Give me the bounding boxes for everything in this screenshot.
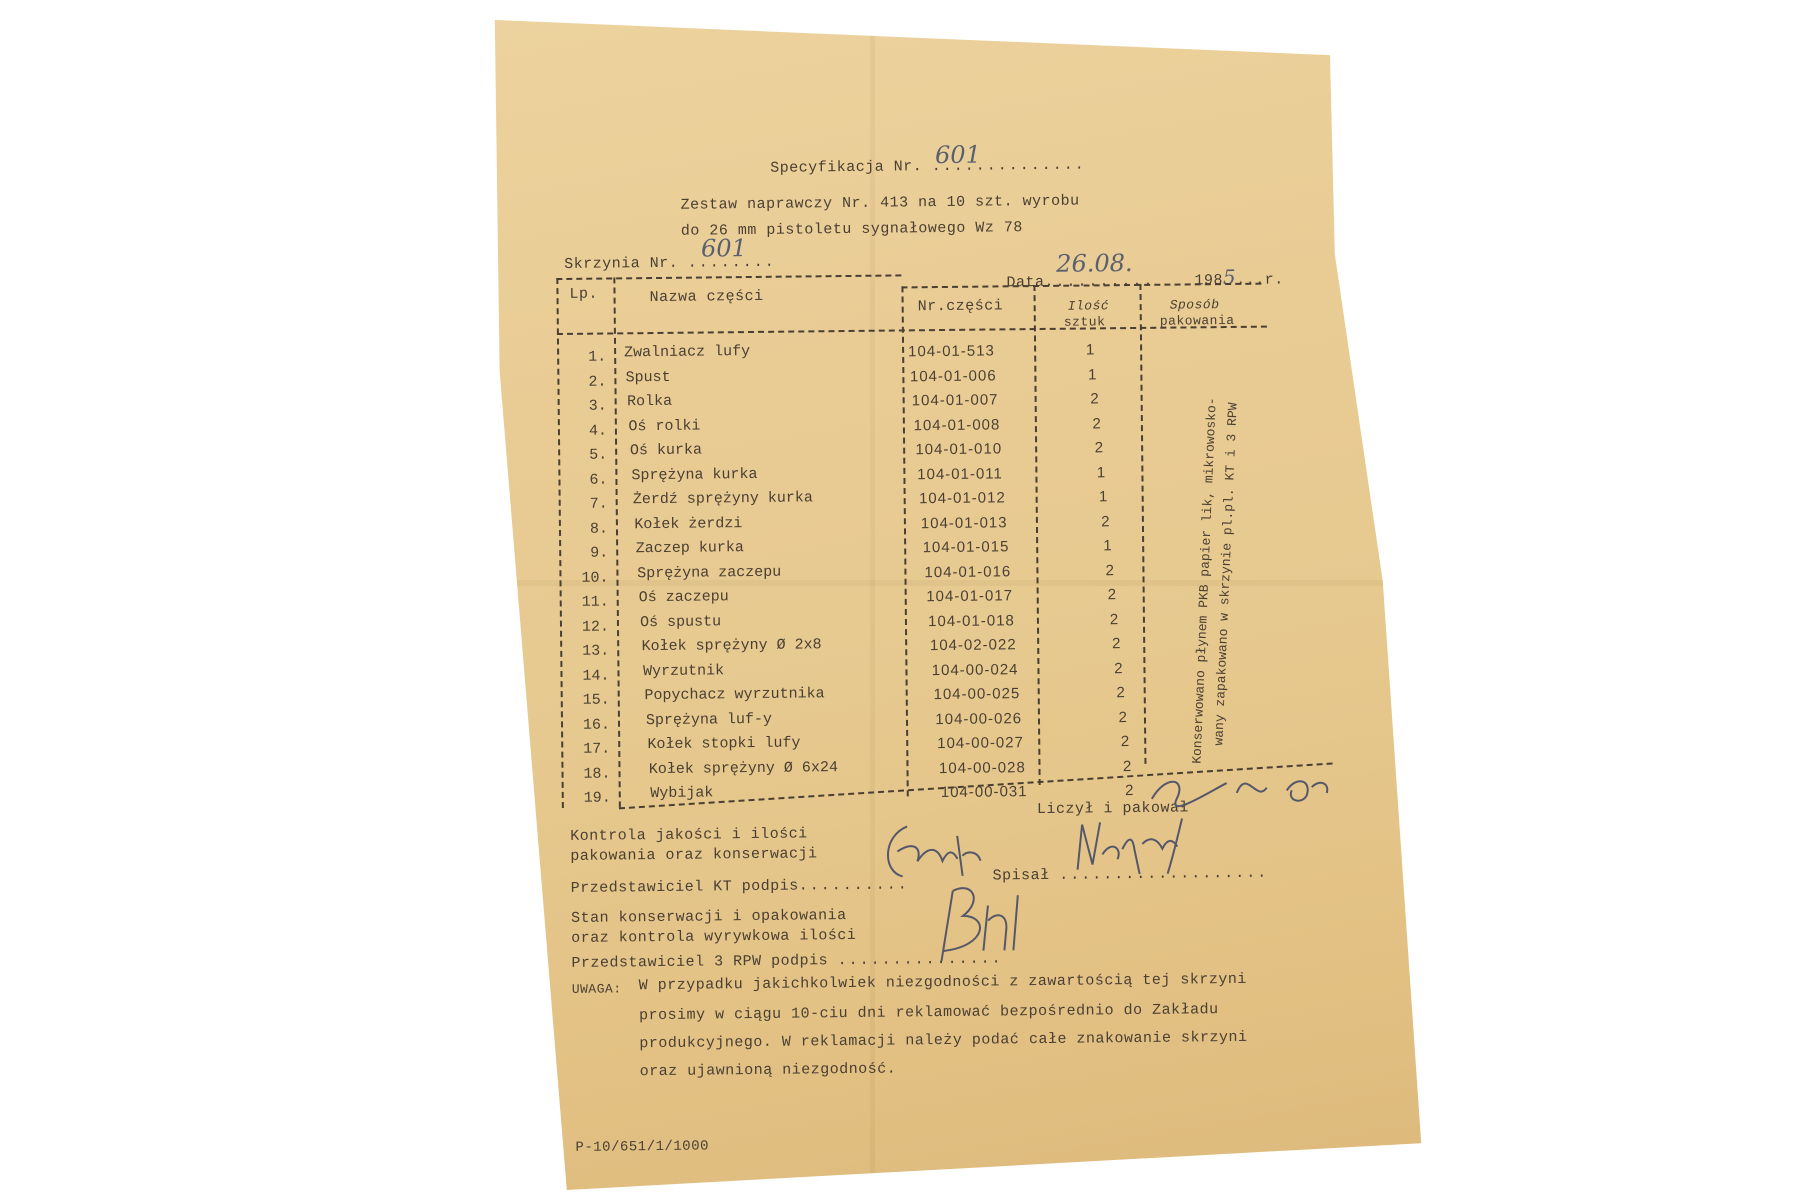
row-part-number: 104-01-013 xyxy=(921,514,1008,532)
header-part-no: Nr.części xyxy=(918,297,1004,315)
row-part-number: 104-01-017 xyxy=(926,587,1013,605)
table-row xyxy=(0,0,1798,6)
header-qty-1: Ilość xyxy=(1068,298,1110,313)
row-part-name: Wyrzutnik xyxy=(643,662,724,680)
quality-control-line-1: Kontrola jakości i ilości xyxy=(570,825,808,844)
row-quantity: 1 xyxy=(1091,464,1111,481)
table-body: 1.Zwalniacz lufy104-01-51312.Spust104-01… xyxy=(0,0,1798,6)
row-quantity: 1 xyxy=(1097,537,1117,554)
spec-title: Specyfikacja Nr. .............. xyxy=(770,156,1086,176)
row-part-number: 104-01-006 xyxy=(910,367,997,385)
row-quantity: 2 xyxy=(1102,586,1122,603)
row-part-number: 104-01-015 xyxy=(923,538,1010,556)
table-row xyxy=(0,0,1798,6)
header-packing-2: pakowania xyxy=(1160,313,1235,329)
row-quantity: 2 xyxy=(1100,562,1120,579)
row-lp: 10. xyxy=(562,569,608,586)
state-control-line-1: Stan konserwacji i opakowania xyxy=(571,907,847,927)
row-lp: 2. xyxy=(560,373,606,390)
row-lp: 8. xyxy=(562,520,608,537)
col-divider-qty xyxy=(1139,284,1146,764)
row-lp: 12. xyxy=(563,618,609,635)
table-row xyxy=(0,0,1798,6)
row-part-name: Kołek stopki lufy xyxy=(647,735,800,754)
row-lp: 11. xyxy=(563,594,609,611)
rpw-representative-label: Przedstawiciel 3 RPW podpis xyxy=(571,952,828,972)
row-part-name: Oś kurka xyxy=(630,442,702,460)
table-row xyxy=(0,0,1798,6)
row-lp: 16. xyxy=(564,716,610,733)
table-row xyxy=(0,0,1798,6)
notice-line-2: prosimy w ciągu 10-ciu dni reklamować be… xyxy=(639,1001,1219,1024)
row-part-name: Sprężyna zaczepu xyxy=(637,563,781,582)
row-lp: 9. xyxy=(562,545,608,562)
table-row xyxy=(0,0,1798,6)
row-part-name: Spust xyxy=(625,368,670,385)
date-value-handwritten: 26.08. xyxy=(1056,249,1133,278)
row-part-name: Oś spustu xyxy=(640,613,721,631)
spec-number-handwritten: 601 xyxy=(935,141,981,169)
row-part-name: Zwalniacz lufy xyxy=(624,343,750,361)
row-lp: 3. xyxy=(561,398,607,415)
row-part-number: 104-01-012 xyxy=(919,489,1006,507)
table-row xyxy=(0,0,1798,6)
row-quantity: 2 xyxy=(1108,660,1128,677)
row-part-number: 104-02-022 xyxy=(930,636,1017,654)
row-part-number: 104-01-007 xyxy=(912,391,999,409)
row-part-name: Wybijak xyxy=(650,784,713,802)
spec-title-label: Specyfikacja Nr. xyxy=(770,158,922,177)
row-part-name: Kołek żerdzi xyxy=(634,515,742,533)
row-quantity: 2 xyxy=(1084,390,1104,407)
row-part-number: 104-00-028 xyxy=(939,759,1026,777)
date-year-digit-handwritten: 5 xyxy=(1223,265,1236,289)
row-quantity: 2 xyxy=(1087,415,1107,432)
row-part-number: 104-01-513 xyxy=(908,342,995,360)
date-label: Data xyxy=(1006,274,1044,291)
notice-line-3: produkcyjnego. W reklamacji należy podać… xyxy=(639,1029,1247,1052)
row-part-number: 104-00-026 xyxy=(935,710,1022,728)
table-row xyxy=(0,0,1798,6)
row-part-name: Oś rolki xyxy=(628,417,700,435)
row-quantity: 2 xyxy=(1113,709,1133,726)
header-packing-1: Sposób xyxy=(1170,297,1220,313)
table-row xyxy=(0,0,1798,6)
row-part-number: 104-01-008 xyxy=(913,416,1000,434)
table-row xyxy=(0,0,1798,6)
row-part-name: Popychacz wyrzutnika xyxy=(644,685,824,704)
form-code: P-10/651/1/1000 xyxy=(575,1138,709,1155)
table-row xyxy=(0,0,1798,6)
table-row xyxy=(0,0,1798,6)
row-part-number: 104-00-024 xyxy=(932,661,1019,679)
table-row xyxy=(0,0,1798,6)
row-lp: 15. xyxy=(564,692,610,709)
row-quantity: 2 xyxy=(1095,513,1115,530)
signature-listed-by xyxy=(1067,808,1198,884)
row-part-name: Żerdź sprężyny kurka xyxy=(633,489,813,508)
date-field: Data..........1985...r. xyxy=(1006,264,1284,291)
row-part-name: Oś zaczepu xyxy=(639,588,729,606)
signature-rpw-representative xyxy=(928,875,1049,966)
row-part-number: 104-01-016 xyxy=(924,563,1011,581)
col-divider-partno xyxy=(1033,285,1040,785)
subtitle-line-1: Zestaw naprawczy Nr. 413 na 10 szt. wyro… xyxy=(680,193,1079,214)
table-row xyxy=(0,0,1798,6)
row-part-number: 104-01-011 xyxy=(917,465,1003,483)
row-part-number: 104-00-031 xyxy=(941,783,1028,801)
row-lp: 1. xyxy=(560,349,606,366)
row-part-name: Zaczep kurka xyxy=(636,539,744,557)
row-part-number: 104-01-010 xyxy=(915,440,1002,458)
row-lp: 7. xyxy=(562,496,608,513)
col-divider-name xyxy=(901,286,908,796)
row-quantity: 2 xyxy=(1104,611,1124,628)
table-row xyxy=(0,0,1798,6)
row-quantity: 2 xyxy=(1110,684,1130,701)
box-number-handwritten: 601 xyxy=(701,234,747,262)
row-part-number: 104-00-025 xyxy=(933,685,1020,703)
row-quantity: 2 xyxy=(1119,782,1139,799)
header-lp: Lp. xyxy=(569,286,598,303)
table-border-top xyxy=(556,274,901,280)
row-quantity: 1 xyxy=(1082,366,1102,383)
col-divider-lp xyxy=(613,277,621,807)
table-row xyxy=(0,0,1798,6)
quality-control-line-2: pakowania oraz konserwacji xyxy=(570,845,817,865)
row-part-name: Sprężyna luf-y xyxy=(646,710,772,728)
row-quantity: 2 xyxy=(1117,757,1137,774)
notice-line-4: oraz ujawnioną niezgodność. xyxy=(640,1061,897,1081)
notice-label: UWAGA: xyxy=(572,981,622,997)
table-row xyxy=(0,0,1798,6)
header-name: Nazwa części xyxy=(649,288,763,306)
date-suffix: ...r. xyxy=(1236,271,1284,288)
row-part-name: Kołek sprężyny Ø 2x8 xyxy=(642,636,822,655)
row-part-number: 104-01-018 xyxy=(928,612,1015,630)
row-part-name: Sprężyna kurka xyxy=(631,465,757,483)
table-row xyxy=(0,0,1798,6)
state-control-line-2: oraz kontrola wyrywkowa ilości xyxy=(571,927,856,947)
row-part-name: Rolka xyxy=(627,393,672,410)
row-lp: 14. xyxy=(563,667,609,684)
signature-packer xyxy=(1146,762,1347,814)
row-quantity: 1 xyxy=(1093,488,1113,505)
row-part-number: 104-00-027 xyxy=(937,734,1024,752)
row-lp: 6. xyxy=(561,471,607,488)
table-row xyxy=(0,0,1798,6)
row-quantity: 2 xyxy=(1115,733,1135,750)
header-qty-2: sztuk xyxy=(1064,314,1106,329)
row-quantity: 2 xyxy=(1106,635,1126,652)
row-quantity: 2 xyxy=(1089,439,1109,456)
date-year-prefix: 198 xyxy=(1194,272,1223,289)
kt-representative-label: Przedstawiciel KT podpis xyxy=(571,878,799,897)
row-lp: 13. xyxy=(563,643,609,660)
row-lp: 17. xyxy=(564,741,610,758)
notice-line-1: W przypadku jakichkolwiek niezgodności z… xyxy=(639,971,1247,994)
row-lp: 18. xyxy=(564,765,610,782)
form-content: Specyfikacja Nr. .............. 601 Zest… xyxy=(0,0,1800,1200)
kt-representative-field: Przedstawiciel KT podpis.......... xyxy=(571,876,909,897)
row-part-name: Kołek sprężyny Ø 6x24 xyxy=(649,759,838,778)
row-lp: 5. xyxy=(561,447,607,464)
row-quantity: 1 xyxy=(1080,341,1100,358)
row-lp: 19. xyxy=(565,790,611,807)
row-lp: 4. xyxy=(561,422,607,439)
box-number-label: Skrzynia Nr. xyxy=(564,255,678,273)
